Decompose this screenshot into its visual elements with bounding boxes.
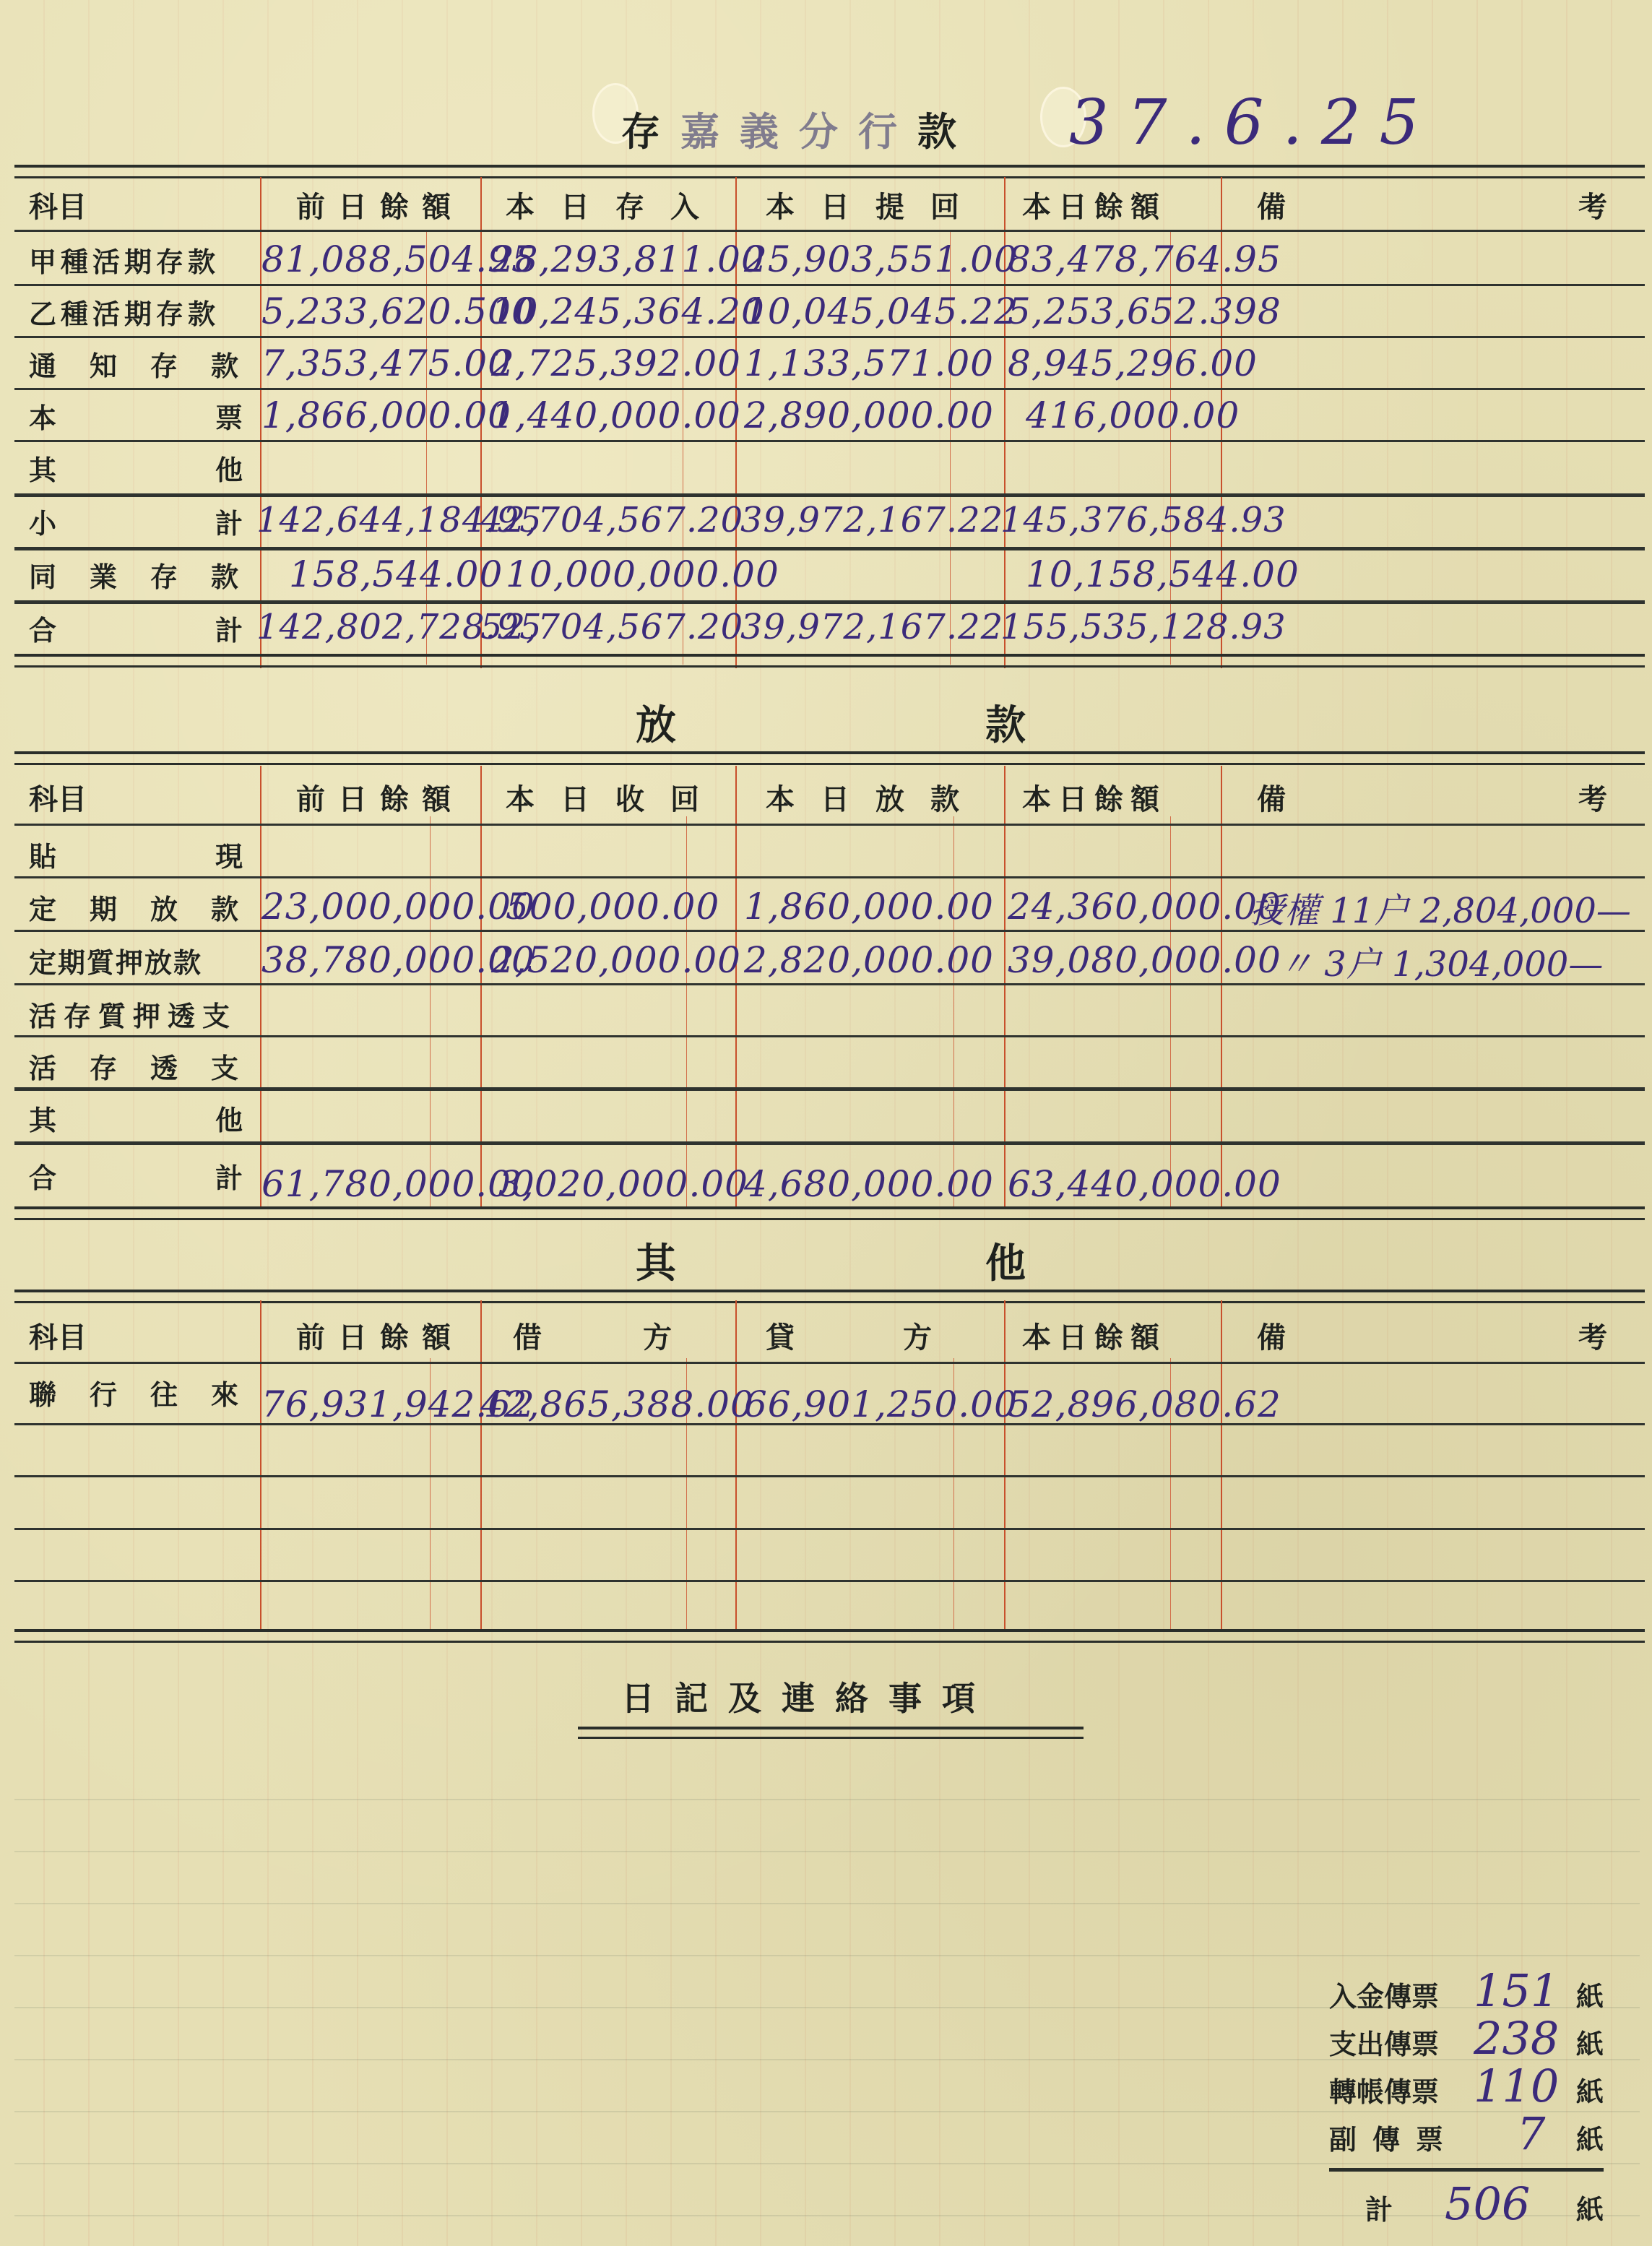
voucher-row: 入金傳票 151 紙 bbox=[1329, 1969, 1618, 2016]
voucher-row: 副傳票 7 紙 bbox=[1329, 2112, 1618, 2159]
row-label: 定期質押放款 bbox=[29, 941, 253, 980]
cell-out: 66,901,250.00 bbox=[744, 1383, 1018, 1425]
column-rule bbox=[1221, 766, 1222, 1206]
cell-out: 39,972,167.22 bbox=[740, 500, 1003, 540]
other-section-title: 其他 bbox=[636, 1232, 1026, 1290]
cell-bal: 63,440,000.00 bbox=[1008, 1163, 1281, 1205]
header-rule bbox=[14, 230, 1645, 232]
table-top-rule bbox=[14, 751, 1645, 765]
cell-bal: 24,360,000.00 bbox=[1008, 886, 1281, 928]
row-rule bbox=[14, 1141, 1645, 1145]
loans-section-title: 放款 bbox=[636, 694, 1026, 751]
cell-in: 2,725,392.00 bbox=[491, 342, 741, 384]
row-rule bbox=[14, 1035, 1645, 1037]
voucher-total-rule bbox=[1329, 2168, 1604, 2172]
header-lent: 本日放款 bbox=[766, 777, 985, 818]
cell-bal: 83,478,764.95 bbox=[1008, 238, 1281, 280]
header-remark-1: 備 bbox=[1257, 1315, 1299, 1356]
header-subject: 科目 bbox=[29, 777, 246, 818]
voucher-unit: 紙 bbox=[1576, 2117, 1604, 2157]
table-bottom-rule bbox=[14, 1206, 1645, 1220]
header-balance: 本日餘額 bbox=[1022, 1315, 1167, 1356]
decimal-rule bbox=[686, 816, 687, 1206]
header-remark-1: 備 bbox=[1257, 777, 1299, 818]
cell-bal: 52,896,080.62 bbox=[1008, 1383, 1281, 1425]
title-suffix: 款 bbox=[917, 109, 977, 155]
cell-out: 25,903,551.00 bbox=[744, 238, 1018, 280]
voucher-total-label: 計 bbox=[1365, 2187, 1393, 2227]
voucher-count: 238 bbox=[1474, 2012, 1559, 2065]
header-collected: 本日收回 bbox=[506, 777, 725, 818]
header-withdraw: 本日提回 bbox=[766, 184, 985, 225]
cell-out: 4,680,000.00 bbox=[744, 1163, 994, 1205]
row-rule bbox=[14, 547, 1645, 550]
row-rule bbox=[14, 930, 1645, 932]
cell-in: 28,293,811.00 bbox=[491, 238, 765, 280]
section-title-char: 放 bbox=[636, 694, 676, 751]
cell-out: 2,820,000.00 bbox=[744, 939, 994, 981]
cell-bal: 145,376,584.93 bbox=[1000, 500, 1286, 540]
cell-prev: 1,866,000.00 bbox=[261, 394, 511, 436]
cell-in: 42,865,388.00 bbox=[480, 1383, 754, 1425]
header-rule bbox=[14, 824, 1645, 826]
header-remark-2: 考 bbox=[1578, 777, 1620, 818]
row-rule bbox=[14, 440, 1645, 442]
voucher-unit: 紙 bbox=[1576, 2022, 1604, 2062]
cell-in: 52,704,567.20 bbox=[480, 607, 743, 647]
cell-bal: 5,253,652.398 bbox=[1008, 290, 1281, 332]
cell-prev: 61,780,000.00 bbox=[261, 1163, 535, 1205]
cell-out: 2,890,000.00 bbox=[744, 394, 994, 436]
cell-bal: 10,158,544.00 bbox=[1026, 553, 1299, 595]
column-rule bbox=[735, 766, 737, 1206]
row-label: 其他 bbox=[29, 448, 253, 488]
row-label: 甲種活期存款 bbox=[29, 240, 253, 280]
voucher-count-box: 入金傳票 151 紙 支出傳票 238 紙 轉帳傳票 110 紙 副傳票 7 紙… bbox=[1329, 1969, 1618, 2229]
voucher-row: 支出傳票 238 紙 bbox=[1329, 2016, 1618, 2064]
row-rule bbox=[14, 1580, 1645, 1582]
row-label: 定期放款 bbox=[29, 887, 253, 927]
voucher-total-row: 計 506 紙 bbox=[1329, 2182, 1618, 2229]
voucher-unit: 紙 bbox=[1576, 2070, 1604, 2109]
row-label: 其他 bbox=[29, 1098, 253, 1138]
cell-remark: 〃 3户 1,304,000— bbox=[1279, 936, 1603, 986]
row-label: 合計 bbox=[29, 1156, 253, 1196]
voucher-label: 轉帳傳票 bbox=[1329, 2070, 1439, 2109]
row-rule bbox=[14, 1087, 1645, 1091]
voucher-row: 轉帳傳票 110 紙 bbox=[1329, 2064, 1618, 2112]
row-label: 乙種活期存款 bbox=[29, 292, 253, 332]
voucher-count: 7 bbox=[1517, 2107, 1545, 2160]
header-remark-2: 考 bbox=[1578, 1315, 1620, 1356]
title-prefix: 存 bbox=[621, 109, 680, 155]
section-title-char: 其 bbox=[636, 1232, 676, 1290]
row-label: 貼現 bbox=[29, 834, 253, 874]
cell-prev: 23,000,000.00 bbox=[261, 886, 535, 928]
row-label: 本票 bbox=[29, 396, 253, 436]
voucher-unit: 紙 bbox=[1576, 2187, 1604, 2227]
table-top-rule bbox=[14, 1290, 1645, 1303]
header-text: 科目 bbox=[29, 777, 87, 818]
table-bottom-rule bbox=[14, 1629, 1645, 1643]
header-subject: 科目 bbox=[29, 1315, 246, 1356]
header-rule bbox=[14, 1362, 1645, 1364]
header-balance: 本日餘額 bbox=[1022, 184, 1167, 225]
row-label: 同業存款 bbox=[29, 555, 253, 595]
cell-bal: 155,535,128.93 bbox=[1000, 607, 1286, 647]
row-rule bbox=[14, 876, 1645, 878]
row-rule bbox=[14, 1528, 1645, 1530]
header-remark-1: 備 bbox=[1257, 184, 1299, 225]
cell-in: 10,000,000.00 bbox=[506, 553, 779, 595]
document-date: 37.6.25 bbox=[1069, 87, 1437, 159]
header-prev-balance: 前日餘額 bbox=[296, 777, 464, 818]
row-label: 通知存款 bbox=[29, 344, 253, 384]
voucher-label: 入金傳票 bbox=[1329, 1974, 1439, 2014]
row-rule bbox=[14, 600, 1645, 604]
cell-in: 2,520,000.00 bbox=[491, 939, 741, 981]
table-bottom-rule bbox=[14, 654, 1645, 668]
row-label: 合計 bbox=[29, 608, 253, 648]
section-title-char: 款 bbox=[985, 694, 1026, 751]
cell-in: 1,440,000.00 bbox=[491, 394, 741, 436]
header-credit: 貸方 bbox=[766, 1315, 1040, 1356]
header-text: 科目 bbox=[29, 184, 87, 225]
header-text: 科目 bbox=[29, 1315, 87, 1356]
row-label: 活存透支 bbox=[29, 1046, 253, 1086]
voucher-unit: 紙 bbox=[1576, 1974, 1604, 2014]
header-balance: 本日餘額 bbox=[1022, 777, 1167, 818]
row-rule bbox=[14, 336, 1645, 338]
cell-bal: 8,945,296.00 bbox=[1008, 342, 1258, 384]
header-prev-balance: 前日餘額 bbox=[296, 184, 464, 225]
decimal-rule bbox=[430, 816, 431, 1206]
header-debit: 借方 bbox=[513, 1315, 773, 1356]
table-top-rule bbox=[14, 165, 1645, 178]
cell-out: 1,133,571.00 bbox=[744, 342, 994, 384]
voucher-count: 151 bbox=[1474, 1964, 1559, 2017]
cell-in: 3,020,000.00 bbox=[498, 1163, 748, 1205]
decimal-rule bbox=[953, 816, 954, 1206]
diary-section-title: 日記及連絡事項 bbox=[621, 1672, 995, 1720]
column-rule bbox=[260, 766, 261, 1206]
branch-stamp: 嘉義分行 bbox=[680, 109, 917, 155]
row-label: 活存質押透支 bbox=[29, 994, 253, 1034]
cell-in: 42,704,567.20 bbox=[480, 500, 743, 540]
cell-out: 1,860,000.00 bbox=[744, 886, 994, 928]
row-rule bbox=[14, 983, 1645, 985]
decimal-rule bbox=[1170, 816, 1171, 1206]
cell-remark: 授權 11户 2,804,000— bbox=[1250, 883, 1631, 933]
row-rule bbox=[14, 1423, 1645, 1425]
cell-out: 39,972,167.22 bbox=[740, 607, 1003, 647]
row-label: 聯行往來 bbox=[29, 1373, 253, 1412]
header-prev-balance: 前日餘額 bbox=[296, 1315, 464, 1356]
document-title: 存嘉義分行款 bbox=[621, 101, 977, 157]
voucher-count: 110 bbox=[1474, 2060, 1559, 2112]
voucher-label: 支出傳票 bbox=[1329, 2022, 1439, 2062]
header-remark-2: 考 bbox=[1578, 184, 1620, 225]
header-subject: 科目 bbox=[29, 184, 246, 225]
voucher-total: 506 bbox=[1445, 2177, 1530, 2230]
header-deposit-in: 本日存入 bbox=[506, 184, 725, 225]
diary-title-underline bbox=[578, 1727, 1084, 1739]
column-rule bbox=[480, 766, 482, 1206]
cell-out: 10,045,045.22 bbox=[744, 290, 1018, 332]
column-rule bbox=[1004, 766, 1006, 1206]
cell-prev: 7,353,475.00 bbox=[261, 342, 511, 384]
row-rule bbox=[14, 388, 1645, 390]
cell-bal: 416,000.00 bbox=[1026, 394, 1240, 436]
cell-prev: 158,544.00 bbox=[289, 553, 503, 595]
row-rule bbox=[14, 1475, 1645, 1477]
row-label: 小計 bbox=[29, 501, 253, 541]
voucher-label: 副傳票 bbox=[1329, 2117, 1459, 2157]
cell-in: 10,245,364.20 bbox=[491, 290, 765, 332]
cell-bal: 39,080,000.00 bbox=[1008, 939, 1281, 981]
section-title-char: 他 bbox=[985, 1232, 1026, 1290]
cell-in: 500,000.00 bbox=[506, 886, 719, 928]
row-rule bbox=[14, 284, 1645, 286]
row-rule bbox=[14, 493, 1645, 497]
